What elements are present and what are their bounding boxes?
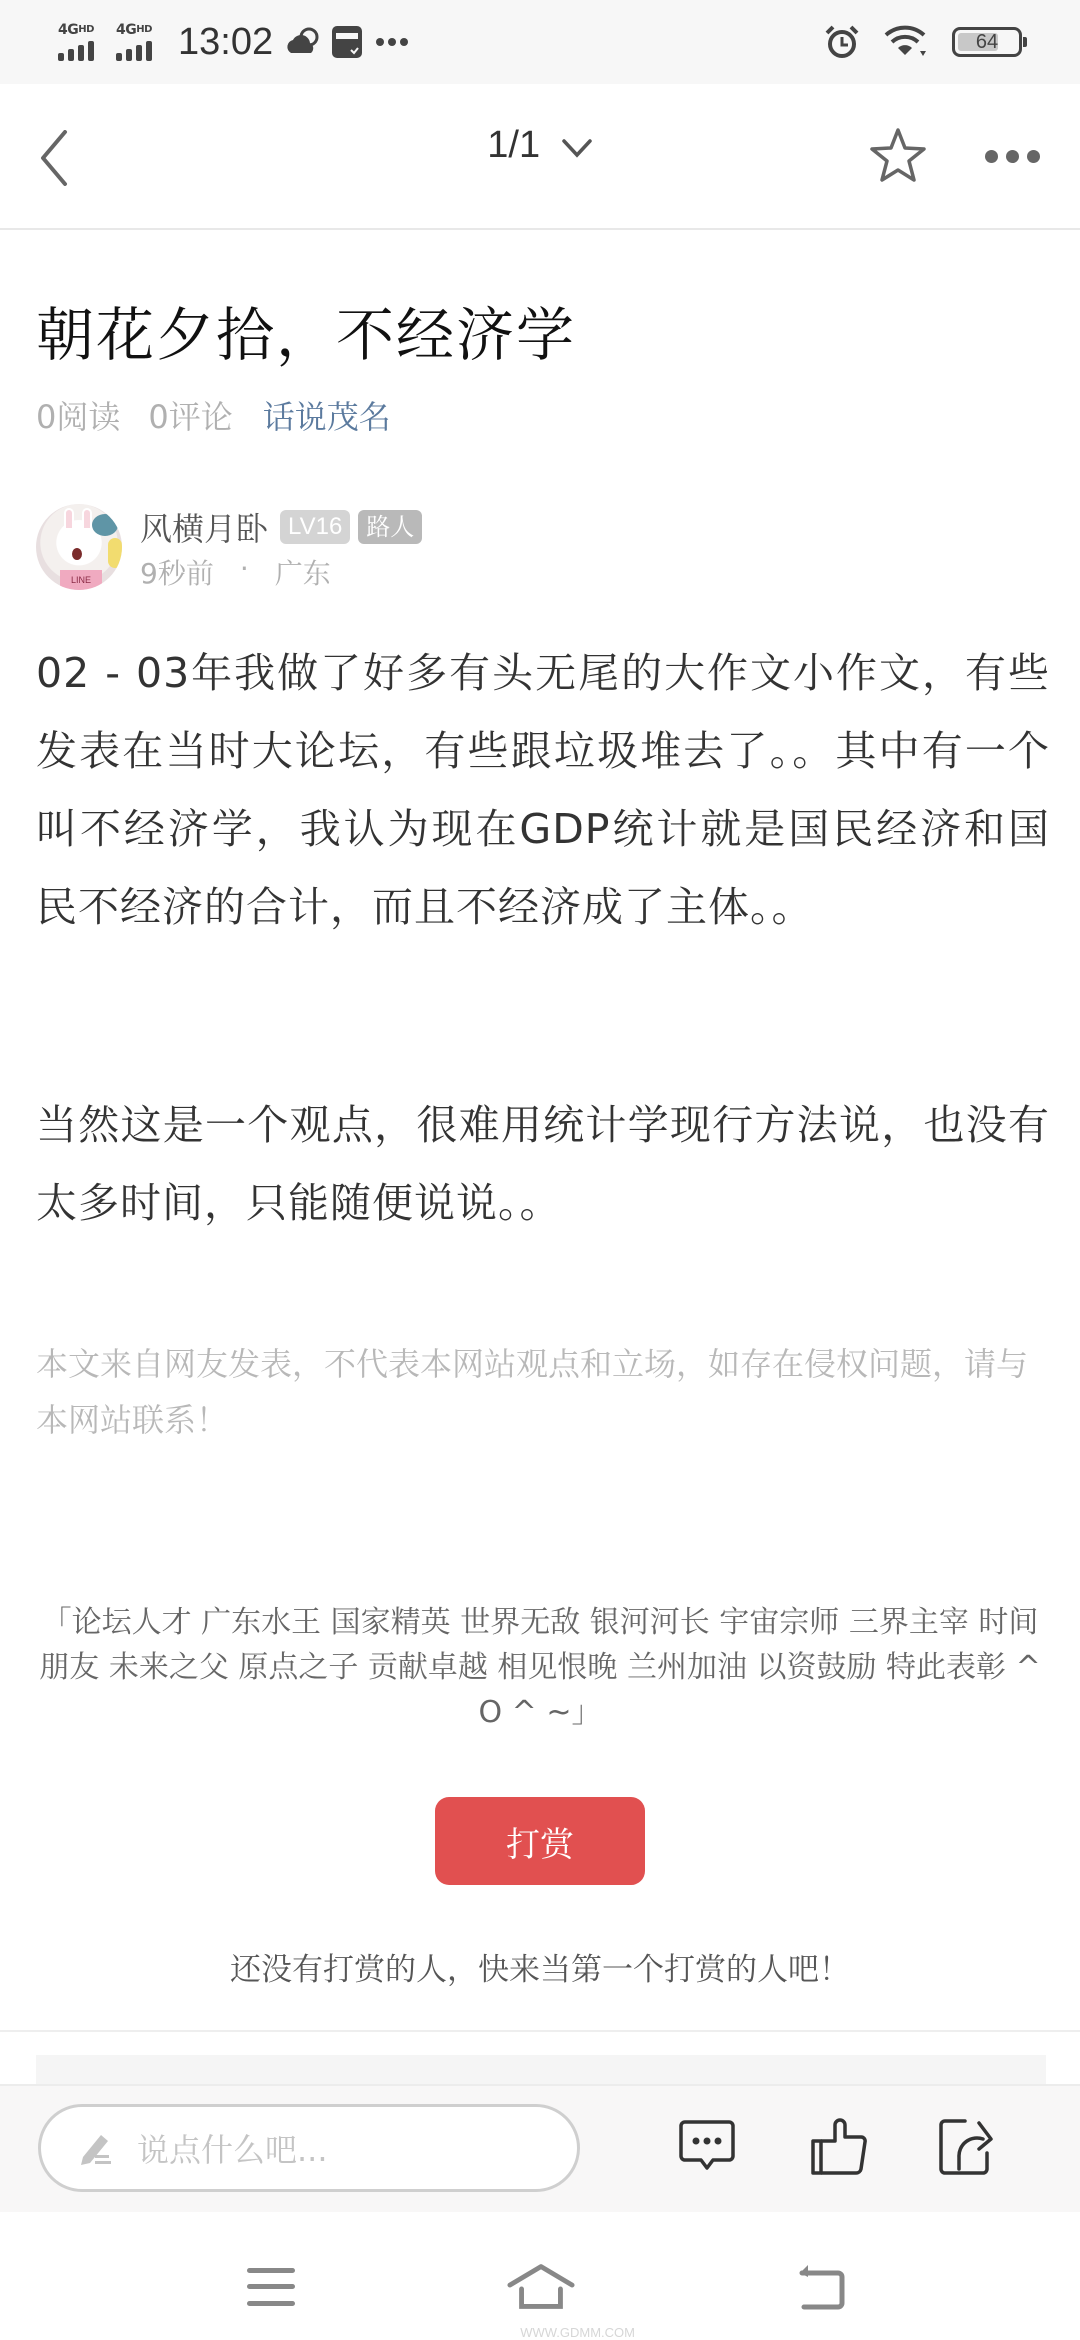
avatar[interactable]: LINE xyxy=(36,504,122,590)
reward-button[interactable]: 打赏 xyxy=(435,1797,645,1885)
back-icon xyxy=(794,2263,848,2311)
comment-button[interactable] xyxy=(672,2112,742,2182)
signal-sim2-icon: 4GHD xyxy=(116,23,162,61)
menu-icon xyxy=(245,2266,297,2308)
alarm-icon xyxy=(824,25,860,59)
battery-level: 64 xyxy=(976,31,998,54)
more-dots-icon xyxy=(375,37,409,47)
read-count: 0阅读 xyxy=(36,392,120,438)
signal-sim1-icon: 4GHD xyxy=(58,23,104,61)
weather-cloud-icon xyxy=(285,27,319,57)
more-horizontal-icon xyxy=(985,150,998,163)
meta-separator: · xyxy=(240,552,249,592)
disclaimer-text: 本文来自网友发表，不代表本网站观点和立场，如存在侵权问题，请与本网站联系！ xyxy=(36,1336,1046,1448)
comment-bar: 说点什么吧... xyxy=(0,2084,1080,2212)
star-outline-icon xyxy=(868,126,928,186)
network-hd-label: HD xyxy=(136,24,152,35)
watermark: WWW.GDMM.COM xyxy=(445,2302,645,2340)
thumbs-up-icon xyxy=(809,2117,869,2177)
top-nav-bar: 1/1 xyxy=(0,84,1080,230)
network-type-label: 4G xyxy=(58,22,78,38)
battery-indicator: 64 xyxy=(952,27,1022,57)
network-type-label: 4G xyxy=(116,22,136,38)
comments-section-top xyxy=(36,2055,1046,2085)
like-button[interactable] xyxy=(804,2112,874,2182)
post-location: 广东 xyxy=(275,552,331,592)
level-badge: LV16 xyxy=(280,510,350,544)
article-meta: 0阅读 0评论 话说茂名 xyxy=(36,392,391,438)
wifi-icon xyxy=(882,25,930,59)
reward-slogan: 「论坛人才 广东水王 国家精英 世界无敌 银河河长 宇宙宗师 三界主宰 时间朋友… xyxy=(30,1600,1050,1735)
article-title: 朝花夕拾，不经济学 xyxy=(36,288,576,372)
post-time: 9秒前 xyxy=(140,552,214,592)
forum-link[interactable]: 话说茂名 xyxy=(263,392,391,438)
comment-icon xyxy=(677,2118,737,2176)
sim-card-icon xyxy=(331,25,363,59)
more-button[interactable] xyxy=(972,134,1052,178)
chevron-down-icon xyxy=(561,125,593,168)
favorite-button[interactable] xyxy=(866,120,930,192)
article-paragraph: 02 - 03年我做了好多有头无尾的大作文小作文，有些发表在当时大论坛，有些跟垃… xyxy=(36,634,1050,946)
comment-placeholder: 说点什么吧... xyxy=(137,2125,328,2171)
status-bar: 4GHD 4GHD 13:02 64 xyxy=(0,0,1080,84)
clock: 13:02 xyxy=(178,21,273,64)
role-badge: 路人 xyxy=(358,510,422,544)
author-info: LINE 风横月卧 LV16 路人 9秒前 · 广东 xyxy=(36,500,1036,600)
system-back-button[interactable] xyxy=(786,2252,856,2322)
pencil-icon xyxy=(77,2129,115,2167)
share-button[interactable] xyxy=(930,2112,1000,2182)
comment-input[interactable]: 说点什么吧... xyxy=(38,2104,580,2192)
article-paragraph: 当然这是一个观点，很难用统计学现行方法说，也没有太多时间，只能随便说说。。 xyxy=(36,1086,1050,1242)
divider xyxy=(0,2030,1080,2032)
author-name[interactable]: 风横月卧 xyxy=(140,504,268,550)
reward-empty-text: 还没有打赏的人，快来当第一个打赏的人吧！ xyxy=(0,1944,1080,1989)
share-icon xyxy=(935,2117,995,2177)
recent-apps-button[interactable] xyxy=(236,2252,306,2322)
page-indicator: 1/1 xyxy=(487,124,540,166)
network-hd-label: HD xyxy=(78,24,94,35)
comment-count: 0评论 xyxy=(148,392,232,438)
